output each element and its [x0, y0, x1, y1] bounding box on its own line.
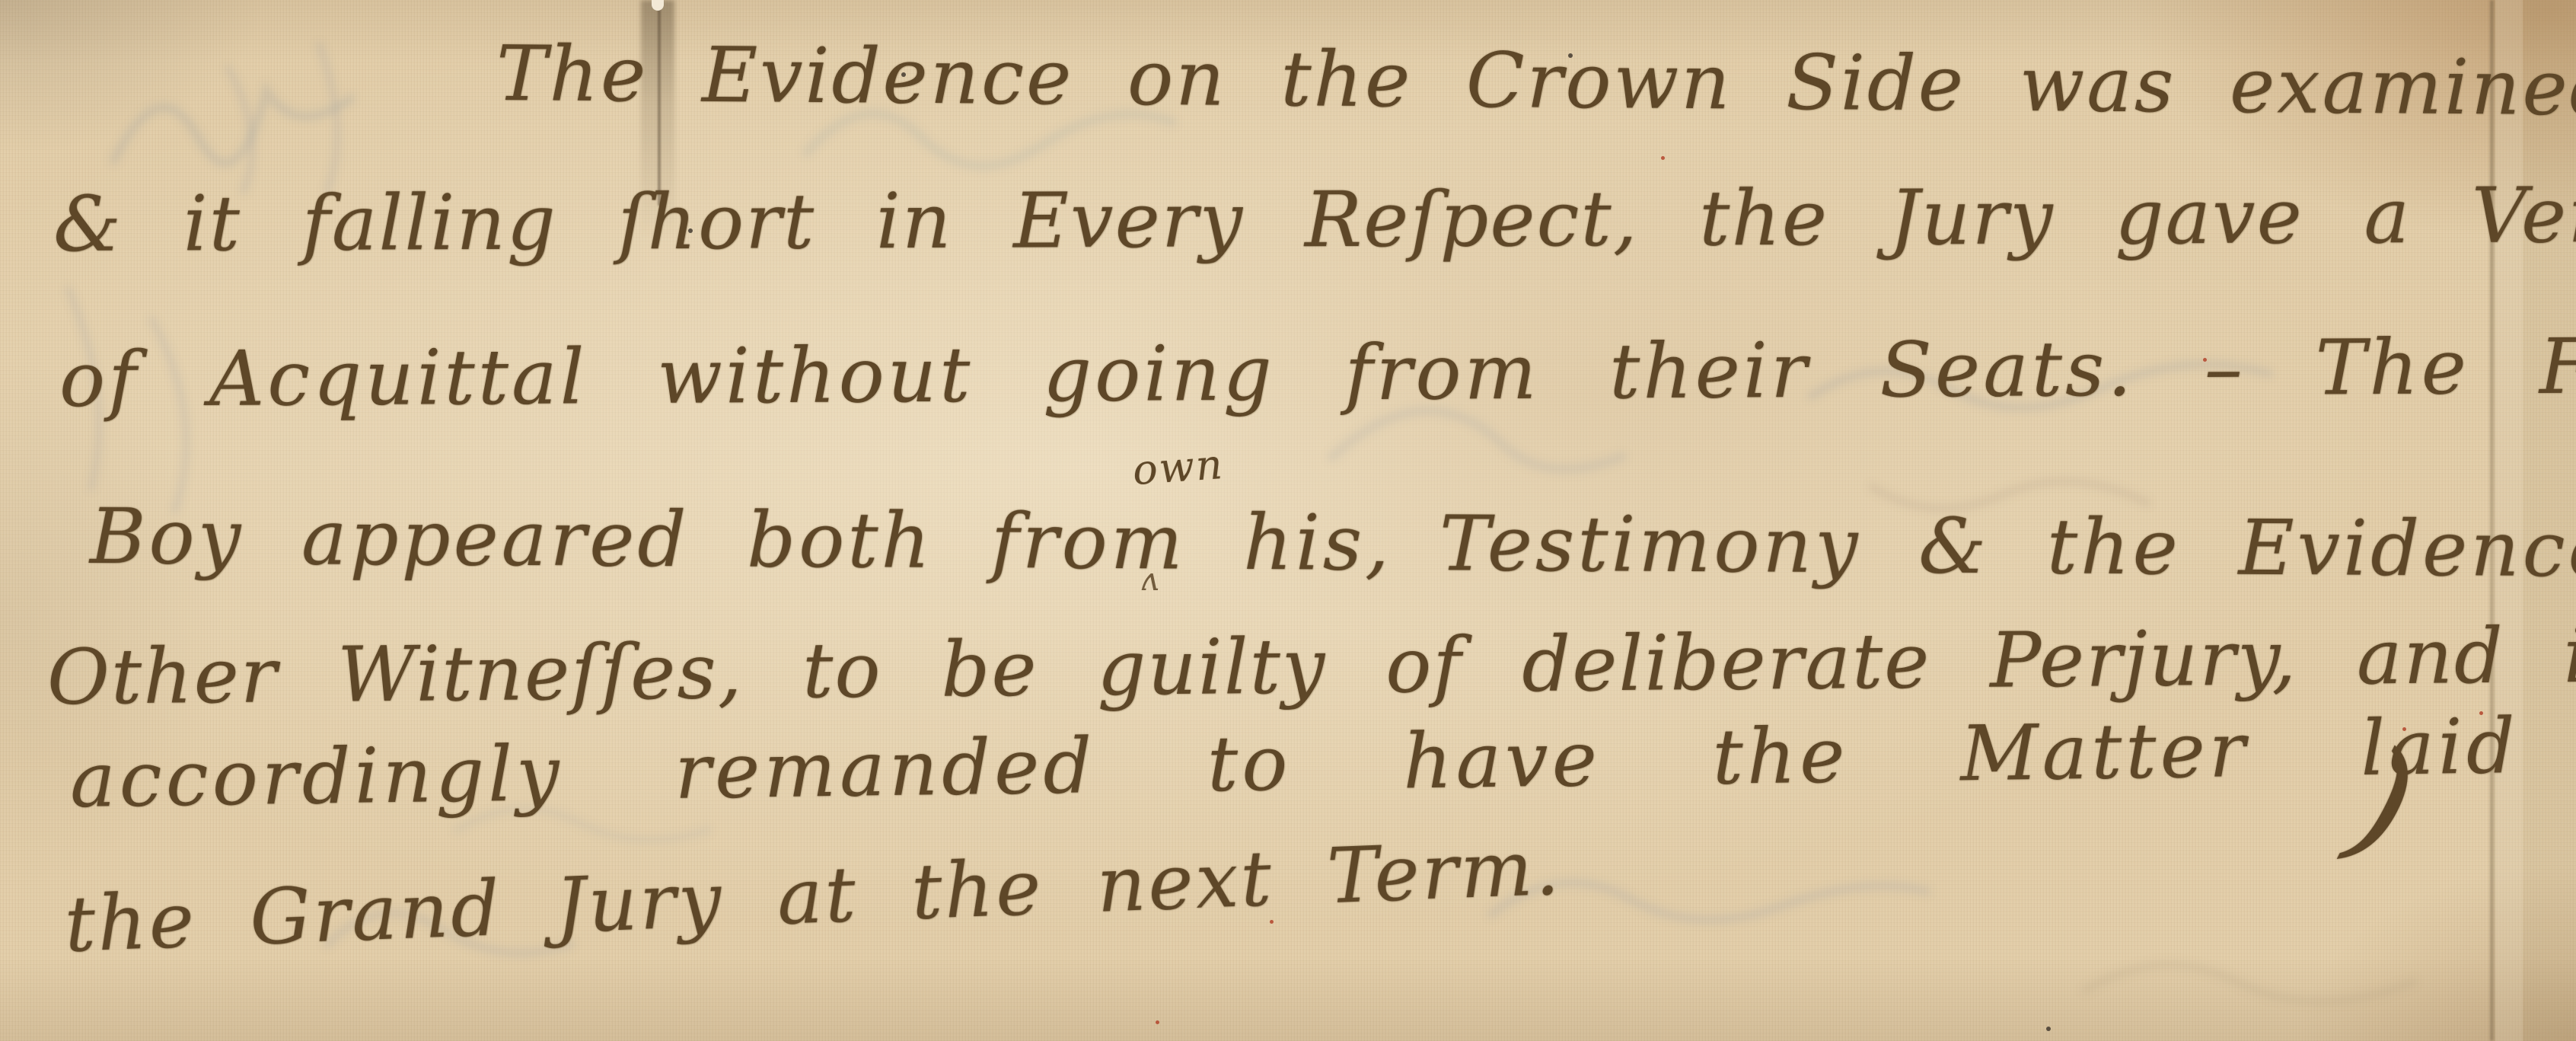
line-2-text: & it falling ſhort in Every Reſpect, the… — [53, 171, 2576, 269]
interlinear-insertion-own: own — [1131, 440, 1226, 494]
manuscript-line-3: of Acquittal without going from their Se… — [59, 321, 2576, 424]
line-3-text: of Acquittal without going from their Se… — [59, 321, 2576, 424]
ink-speck — [1661, 156, 1665, 160]
line-7-text: the Grand Jury at the next Term. — [63, 823, 1563, 969]
line-4-text-after-insertion: Testimony & the Evidence of — [1439, 499, 2576, 595]
line-4-text-before-insertion: Boy appeared both from his, — [90, 492, 1393, 588]
manuscript-page: The Evidence on the Crown Side was exami… — [0, 0, 2576, 1041]
manuscript-line-1: The Evidence on the Crown Side was exami… — [496, 29, 2576, 133]
insertion-caret-mark: ʌ — [1140, 560, 1159, 598]
line-1-text: The Evidence on the Crown Side was exami… — [496, 29, 2576, 133]
manuscript-line-2: & it falling ſhort in Every Reſpect, the… — [53, 171, 2576, 269]
ink-speck — [1156, 1020, 1159, 1024]
manuscript-line-7: the Grand Jury at the next Term. — [63, 823, 1563, 969]
manuscript-line-4: Boy appeared both from his,Testimony & t… — [90, 492, 2576, 595]
ink-speck — [2046, 1027, 2051, 1031]
